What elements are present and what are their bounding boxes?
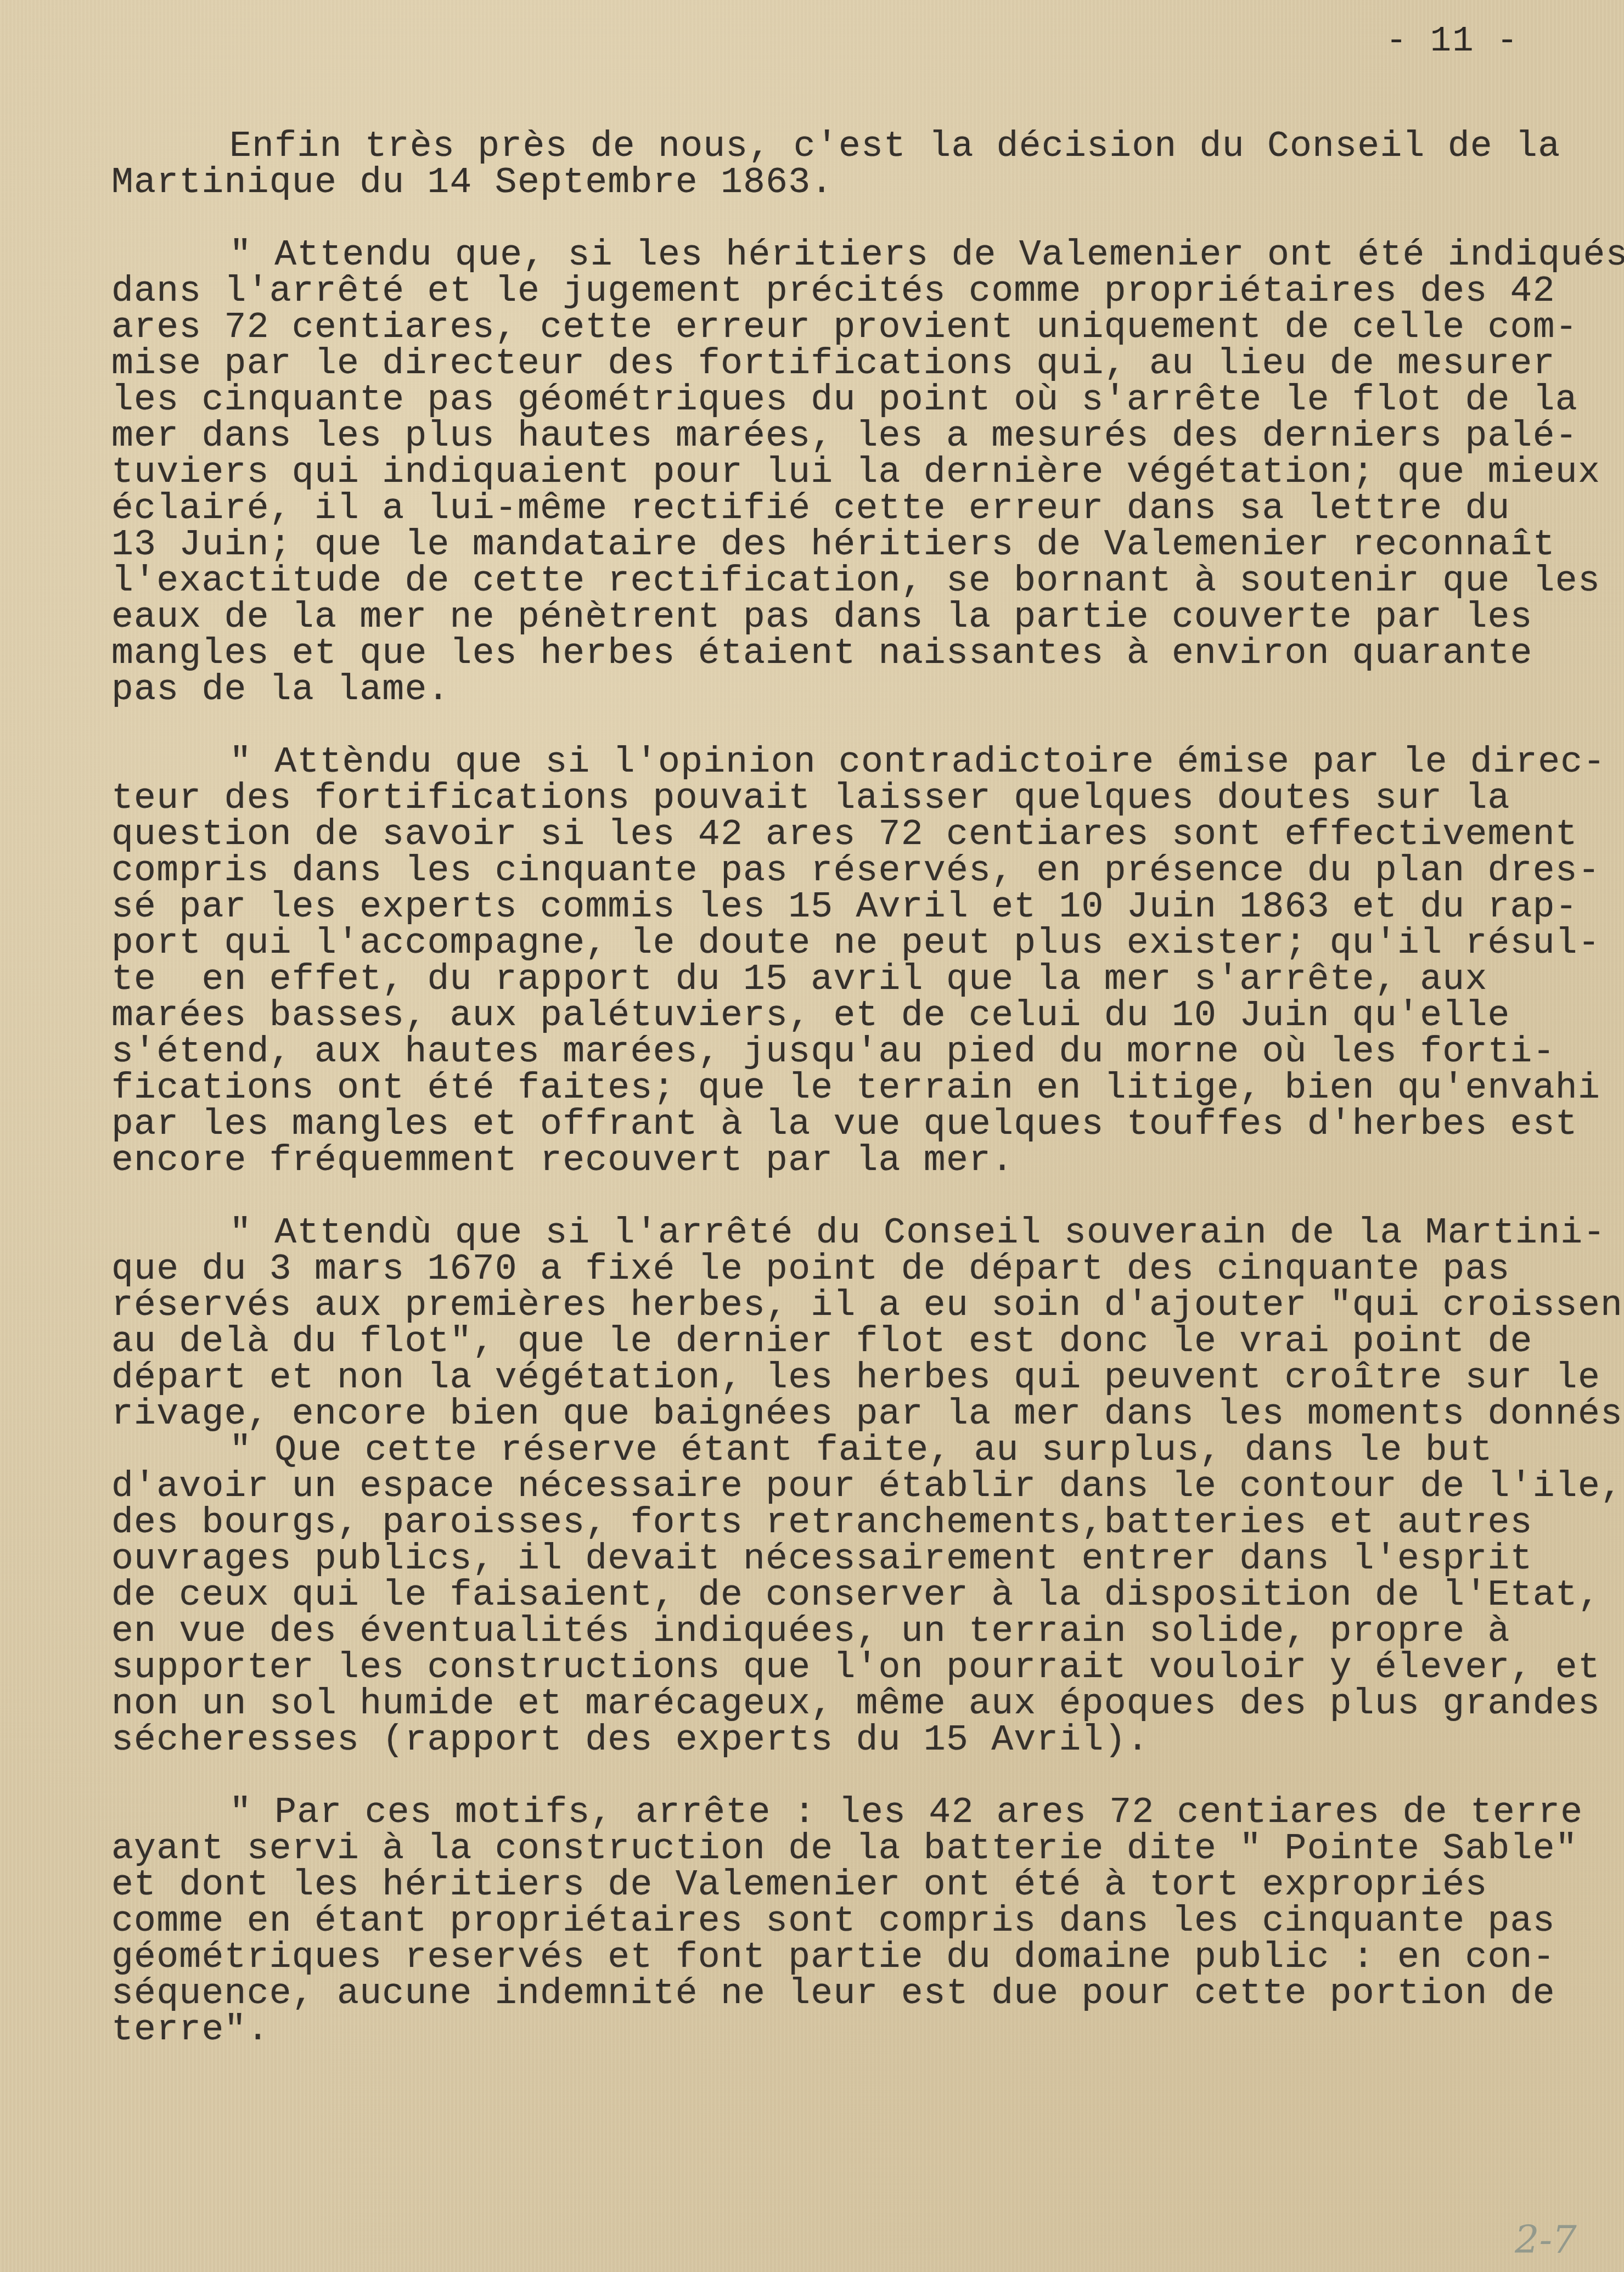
handwritten-annotation: 2-7 — [1515, 2217, 1577, 2262]
text-line: mangles et que les herbes étaient naissa… — [111, 636, 1533, 672]
text-line: port qui l'accompagne, le doute ne peut … — [111, 925, 1600, 961]
text-line: mise par le directeur des fortifications… — [111, 346, 1555, 382]
text-line: " Par ces motifs, arrête : les 42 ares 7… — [229, 1795, 1583, 1831]
typewritten-page: - 11 - Enfin très près de nous, c'est la… — [0, 0, 1624, 2272]
text-line: dans l'arrêté et le jugement précités co… — [111, 273, 1555, 310]
text-line: question de savoir si les 42 ares 72 cen… — [111, 817, 1578, 853]
text-line: ouvrages publics, il devait nécessaireme… — [111, 1541, 1533, 1577]
text-line: en vue des éventualités indiquées, un te… — [111, 1613, 1510, 1650]
text-line: terre". — [111, 2012, 269, 2048]
text-line: au delà du flot", que le dernier flot es… — [111, 1324, 1533, 1360]
text-line: pas de la lame. — [111, 672, 450, 708]
text-line: non un sol humide et marécageux, même au… — [111, 1686, 1600, 1722]
text-line: supporter les constructions que l'on pou… — [111, 1650, 1600, 1686]
text-line: éclairé, il a lui-même rectifié cette er… — [111, 491, 1510, 527]
text-line: encore fréquemment recouvert par la mer. — [111, 1143, 1014, 1179]
text-line: fications ont été faites; que le terrain… — [111, 1070, 1600, 1106]
text-line: de ceux qui le faisaient, de conserver à… — [111, 1577, 1600, 1613]
text-line: " Attendù que si l'arrêté du Conseil sou… — [229, 1215, 1606, 1251]
text-line: géométriques reservés et font partie du … — [111, 1939, 1555, 1976]
text-line: les cinquante pas géométriques du point … — [111, 382, 1578, 418]
text-line: 13 Juin; que le mandataire des héritiers… — [111, 527, 1555, 563]
text-line: compris dans les cinquante pas réservés,… — [111, 853, 1600, 889]
text-line: que du 3 mars 1670 a fixé le point de dé… — [111, 1251, 1510, 1287]
text-line: s'étend, aux hautes marées, jusqu'au pie… — [111, 1034, 1555, 1070]
text-line: Martinique du 14 Septembre 1863. — [111, 165, 833, 201]
text-line: sé par les experts commis les 15 Avril e… — [111, 889, 1578, 925]
text-line: tuviers qui indiquaient pour lui la dern… — [111, 454, 1600, 491]
text-line: des bourgs, paroisses, forts retrancheme… — [111, 1505, 1533, 1541]
text-line: séquence, aucune indemnité ne leur est d… — [111, 1976, 1555, 2012]
text-line: par les mangles et offrant à la vue quel… — [111, 1106, 1578, 1143]
text-line: ares 72 centiares, cette erreur provient… — [111, 310, 1578, 346]
text-line: sécheresses (rapport des experts du 15 A… — [111, 1722, 1149, 1758]
text-line: l'exactitude de cette rectification, se … — [111, 563, 1600, 599]
text-line: rivage, encore bien que baignées par la … — [111, 1396, 1624, 1432]
text-line: réservés aux premières herbes, il a eu s… — [111, 1287, 1624, 1324]
text-line: eaux de la mer ne pénètrent pas dans la … — [111, 599, 1533, 636]
text-line: marées basses, aux palétuviers, et de ce… — [111, 998, 1510, 1034]
text-line: " Attèndu que si l'opinion contradictoir… — [229, 744, 1606, 780]
text-line: départ et non la végétation, les herbes … — [111, 1360, 1600, 1396]
text-line: te en effet, du rapport du 15 avril que … — [111, 961, 1488, 998]
text-line: " Que cette réserve étant faite, au surp… — [229, 1432, 1493, 1469]
text-line: d'avoir un espace nécessaire pour établi… — [111, 1469, 1623, 1505]
text-line: et dont les héritiers de Valemenier ont … — [111, 1867, 1488, 1903]
text-line: ayant servi à la construction de la batt… — [111, 1831, 1578, 1867]
text-line: comme en étant propriétaires sont compri… — [111, 1903, 1555, 1939]
text-line: Enfin très près de nous, c'est la décisi… — [229, 128, 1560, 165]
text-line: " Attendu que, si les héritiers de Valem… — [229, 237, 1624, 273]
text-line: teur des fortifications pouvait laisser … — [111, 780, 1510, 817]
text-line: mer dans les plus hautes marées, les a m… — [111, 418, 1578, 454]
page-number: - 11 - — [1386, 22, 1519, 61]
